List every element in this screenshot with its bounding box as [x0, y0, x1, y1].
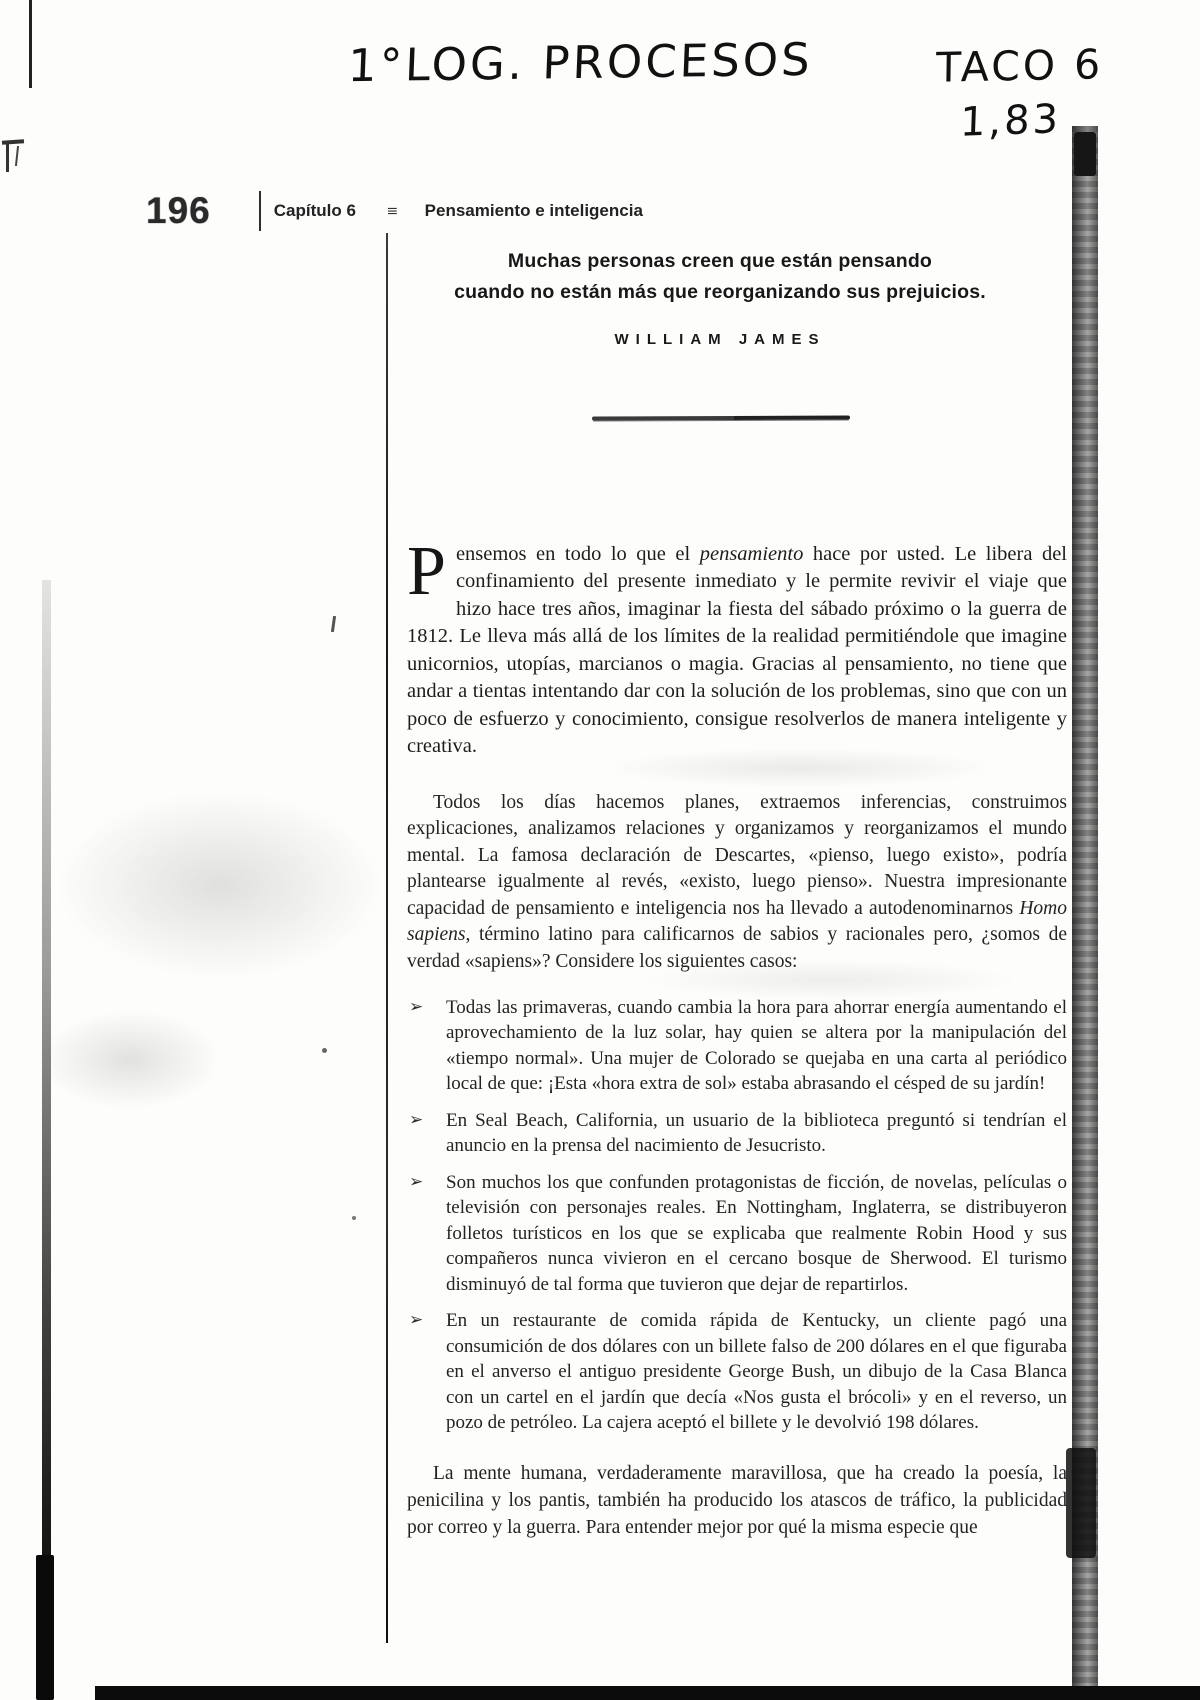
- epigraph-author: WILLIAM JAMES: [430, 331, 1010, 348]
- bullet-arrow-icon: ➢: [409, 1308, 423, 1334]
- body-text-column: Pensemos en todo lo que el pensamiento h…: [407, 520, 1067, 1560]
- paragraph-intro-italic: pensamiento: [700, 543, 804, 565]
- paragraph-intro: Pensemos en todo lo que el pensamiento h…: [407, 541, 1067, 761]
- paragraph-closing: La mente humana, verdaderamente maravill…: [407, 1460, 1067, 1541]
- paragraph-descartes: Todos los días hacemos planes, extraemos…: [407, 790, 1067, 976]
- bullet-arrow-icon: ➢: [409, 1108, 423, 1134]
- epigraph-line-2: cuando no están más que reorganizando su…: [430, 277, 1010, 308]
- bullet-arrow-icon: ➢: [409, 1170, 423, 1196]
- list-item: ➢ En Seal Beach, California, un usuario …: [407, 1108, 1067, 1159]
- case-list: ➢ Todas las primaveras, cuando cambia la…: [407, 995, 1067, 1436]
- bullet-arrow-icon: ➢: [409, 995, 423, 1021]
- scan-stray-mark: [322, 1048, 327, 1053]
- column-rule: [386, 233, 388, 1643]
- list-item: ➢ En un restaurante de comida rápida de …: [407, 1308, 1067, 1436]
- page-header: 196 Capítulo 6 ≡ Pensamiento e inteligen…: [146, 190, 643, 232]
- paragraph-intro-text-b: hace por usted. Le libera del confinamie…: [407, 543, 1067, 758]
- epigraph-line-1: Muchas personas creen que están pensando: [430, 246, 1010, 277]
- section-marker-icon: ≡: [387, 203, 398, 220]
- list-item-text: En un restaurante de comida rápida de Ke…: [446, 1310, 1067, 1433]
- page-number: 196: [146, 190, 211, 232]
- paragraph-intro-text-a: ensemos en todo lo que el: [456, 543, 700, 565]
- list-item-text: Todas las primaveras, cuando cambia la h…: [446, 997, 1067, 1095]
- scan-artifact-left-streak: [42, 580, 51, 1700]
- header-divider: [259, 191, 261, 231]
- epigraph-rule: [592, 415, 850, 420]
- list-item: ➢ Todas las primaveras, cuando cambia la…: [407, 995, 1067, 1097]
- scan-artifact-bottom-bar: [95, 1686, 1200, 1700]
- scan-artifact-right-blob: [1066, 1448, 1096, 1558]
- scan-artifact-top-left-line: [29, 0, 32, 88]
- scan-artifact-right-band: [1072, 126, 1098, 1700]
- scan-artifact-corner-mark: [15, 146, 19, 166]
- handwritten-course-label: 1°LOG. PROCESOS: [347, 33, 814, 93]
- list-item-text: Son muchos los que confunden protagonist…: [446, 1172, 1067, 1295]
- dropcap-letter: P: [407, 541, 456, 599]
- paragraph-descartes-text-b: , término latino para calificarnos de sa…: [407, 924, 1067, 972]
- chapter-label: Capítulo 6: [274, 201, 356, 221]
- list-item-text: En Seal Beach, California, un usuario de…: [446, 1110, 1067, 1157]
- scan-artifact-corner-mark: [2, 139, 24, 145]
- handwritten-taco-label: TACO 6: [936, 40, 1104, 92]
- chapter-title: Pensamiento e inteligencia: [425, 201, 643, 221]
- scan-artifact-right-blob: [1074, 132, 1096, 176]
- scan-artifact-corner-mark: [6, 142, 9, 172]
- scanned-book-page: 1°LOG. PROCESOS TACO 6 1,83 196 Capítulo…: [0, 0, 1200, 1700]
- handwritten-price-label: 1,83: [959, 96, 1062, 146]
- scan-stray-mark: [331, 616, 336, 632]
- scan-stain: [55, 790, 385, 980]
- epigraph-quote: Muchas personas creen que están pensando…: [430, 246, 1010, 348]
- paragraph-descartes-text-a: Todos los días hacemos planes, extraemos…: [407, 792, 1067, 919]
- scan-artifact-left-streak-bottom: [36, 1555, 54, 1700]
- scan-stray-mark: [352, 1216, 356, 1220]
- scan-stain: [40, 1010, 220, 1110]
- list-item: ➢ Son muchos los que confunden protagoni…: [407, 1170, 1067, 1298]
